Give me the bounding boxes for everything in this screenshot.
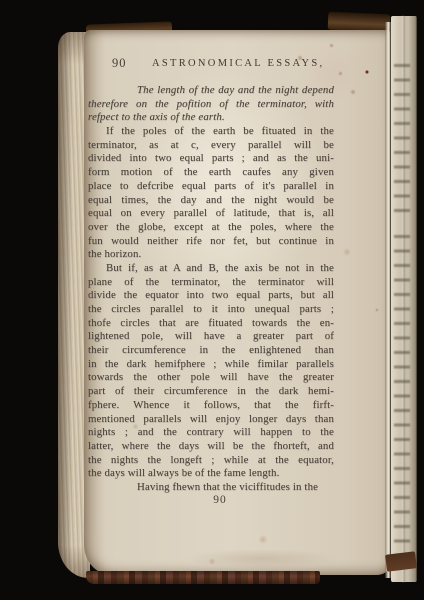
facing-page-text-fragment [394, 60, 410, 220]
text-line: If the poles of the earth be fituated in… [88, 125, 334, 139]
foxing-spot [343, 248, 351, 256]
text-line: nights ; and the contrary will happen to… [88, 426, 334, 440]
text-line: divide the equator into two equal parts,… [88, 289, 334, 303]
paragraph: The length of the day and the night depe… [88, 84, 334, 125]
body-text: The length of the day and the night depe… [88, 84, 334, 495]
book-photo: 90 ASTRONOMICAL ESSAYS, The length of th… [0, 0, 424, 600]
text-line: plane of the terminator, the terminator … [88, 276, 334, 290]
text-line: thofe circles that are fituated towards … [88, 317, 334, 331]
text-line: the nights the longeft ; while at the eq… [88, 454, 334, 468]
page-header: 90 ASTRONOMICAL ESSAYS, [88, 56, 334, 71]
text-line: lightened pole, will have a greater part… [88, 330, 334, 344]
binding-bottom-right-edge [385, 551, 417, 572]
book-page: 90 ASTRONOMICAL ESSAYS, The length of th… [84, 30, 390, 575]
facing-page-text-fragment [394, 231, 410, 561]
text-line: refpect to the axis of the earth. [88, 111, 334, 125]
text-line: in the dark hemifphere ; while fimilar p… [88, 358, 334, 372]
paragraph: If the poles of the earth be fituated in… [88, 125, 334, 262]
text-line: Having fhewn that the viciffitudes in th… [88, 481, 334, 495]
paragraph: But if, as at A and B, the axis be not i… [88, 262, 334, 481]
text-line: terminator, as at c, every parallel will… [88, 139, 334, 153]
header-page-number: 90 [112, 56, 127, 71]
text-line: equal times, the day and the night would… [88, 194, 334, 208]
paragraph: Having fhewn that the viciffitudes in th… [88, 481, 334, 495]
foxing-spot [375, 308, 379, 312]
header-title: ASTRONOMICAL ESSAYS, [152, 58, 324, 69]
text-line: equal on every parallel of latitude, tha… [88, 207, 334, 221]
foxing-spot [338, 71, 343, 76]
text-line: fun would neither rife nor fet, but cont… [88, 235, 334, 249]
text-line: therefore on the pofition of the termina… [88, 98, 334, 112]
text-line: their circumference in the enlightened t… [88, 344, 334, 358]
foxing-spot [329, 43, 334, 48]
foxing-spot [365, 70, 369, 74]
text-line: But if, as at A and B, the axis be not i… [88, 262, 334, 276]
text-line: divided into two equal parts ; and as th… [88, 152, 334, 166]
text-line: fphere. Whence it follows, that the firf… [88, 399, 334, 413]
text-line: the circles parallel to it into unequal … [88, 303, 334, 317]
foxing-spot [208, 558, 216, 565]
facing-page-sliver [391, 16, 417, 582]
text-line: part of their circumference in the dark … [88, 385, 334, 399]
text-line: form motion of the earth caufes any give… [88, 166, 334, 180]
text-line: over the globe, except at the poles, whe… [88, 221, 334, 235]
foxing-spot [350, 89, 356, 95]
text-line: place to defcribe equal parts of it's pa… [88, 180, 334, 194]
binding-bottom-edge [86, 571, 320, 584]
text-line: towards the other pole will have the gre… [88, 371, 334, 385]
footer-page-number: 90 [88, 494, 334, 506]
text-line: latter, where the days will be the fhort… [88, 440, 334, 454]
text-line: mentioned parallels will enjoy longer da… [88, 413, 334, 427]
foxing-spot [258, 535, 268, 544]
text-line: the horizon. [88, 248, 334, 262]
text-line: The length of the day and the night depe… [88, 84, 334, 98]
text-line: the days will always be of the fame leng… [88, 467, 334, 481]
